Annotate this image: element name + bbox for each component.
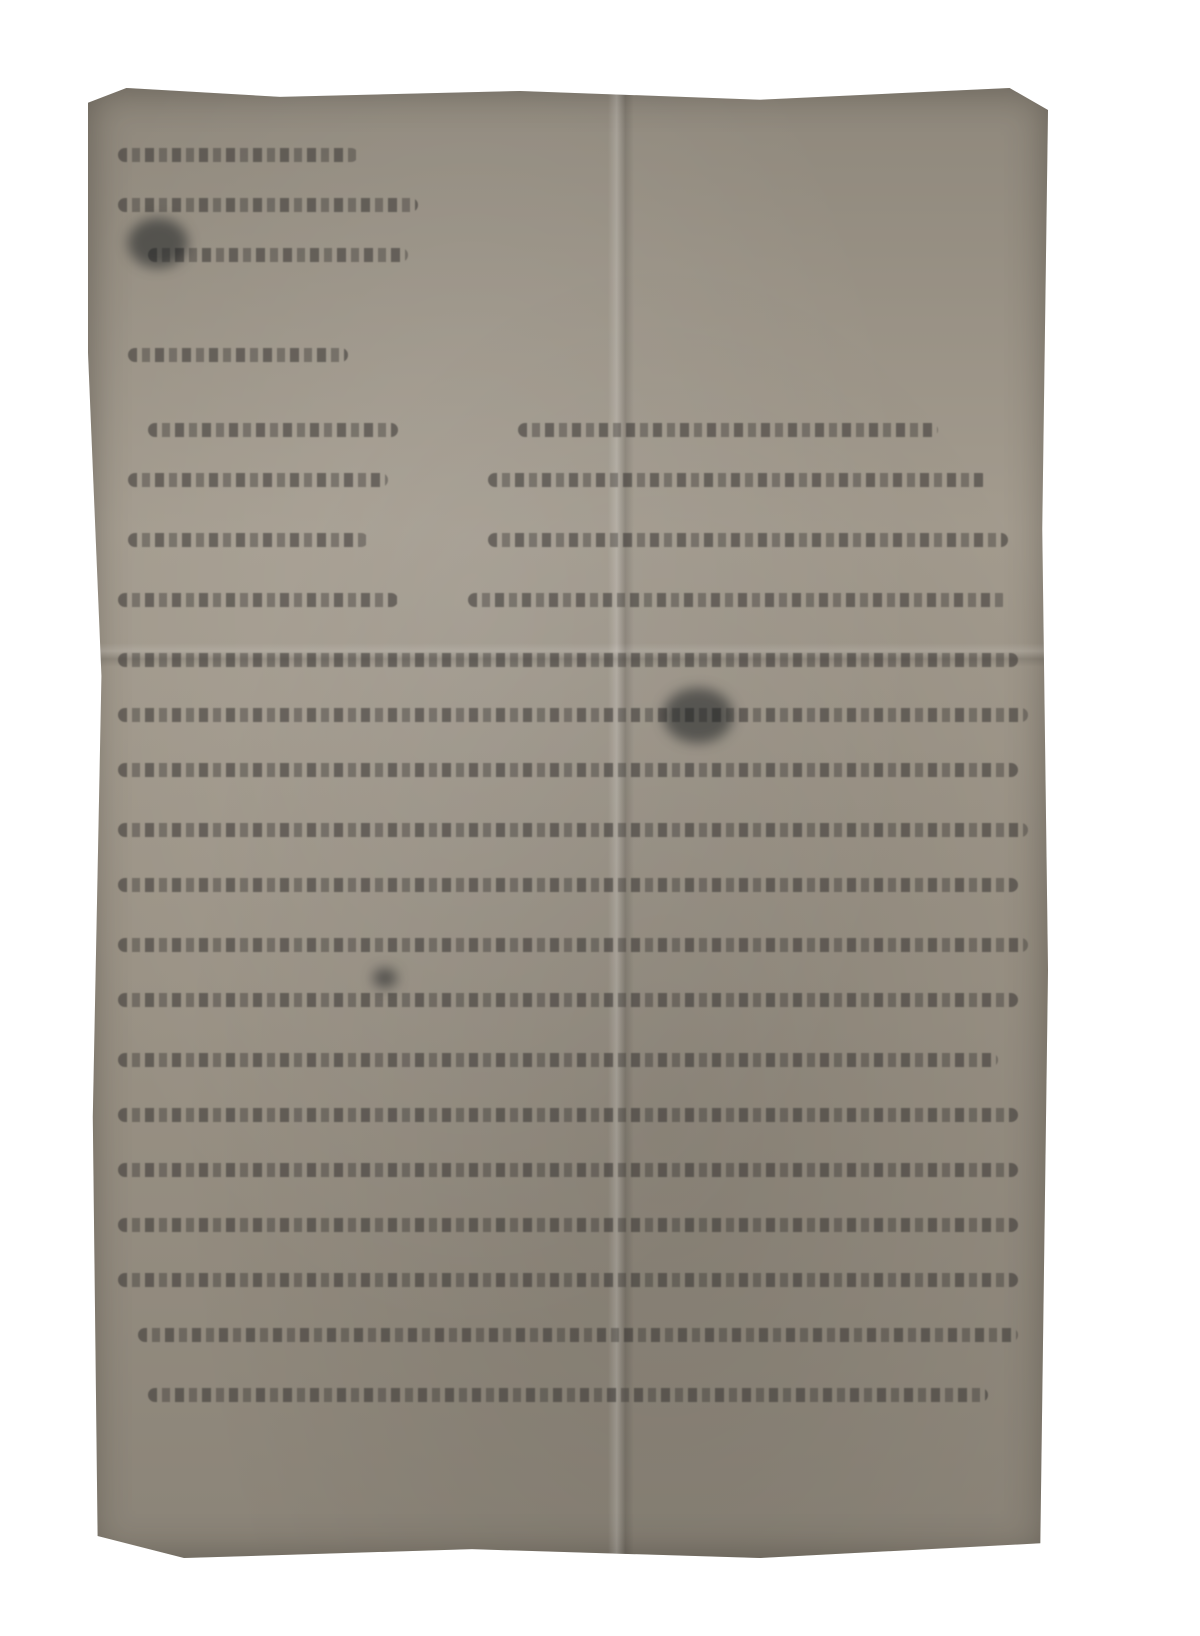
handwritten-line	[128, 533, 368, 547]
handwritten-line	[118, 708, 1028, 722]
ink-stain	[128, 218, 188, 268]
handwritten-line	[118, 593, 398, 607]
manuscript-sheet	[88, 88, 1048, 1558]
handwritten-line	[138, 1328, 1018, 1342]
handwritten-line	[148, 1388, 988, 1402]
handwritten-line	[118, 1273, 1018, 1287]
ink-stain	[663, 688, 733, 743]
handwritten-line	[128, 473, 388, 487]
handwritten-line	[148, 248, 408, 262]
handwritten-line	[118, 1218, 1018, 1232]
handwritten-line	[118, 198, 418, 212]
handwritten-line	[128, 348, 348, 362]
handwritten-line	[118, 763, 1018, 777]
handwritten-line	[148, 423, 398, 437]
handwritten-line	[118, 1108, 1018, 1122]
handwritten-line	[118, 653, 1018, 667]
handwritten-line	[488, 533, 1008, 547]
handwritten-line	[488, 473, 988, 487]
ink-stain	[373, 968, 397, 988]
handwritten-line	[118, 938, 1028, 952]
handwritten-line	[118, 148, 358, 162]
handwritten-line	[468, 593, 1008, 607]
handwritten-line	[118, 823, 1028, 837]
handwritten-line	[118, 878, 1018, 892]
handwritten-line	[518, 423, 938, 437]
handwritten-line	[118, 993, 1018, 1007]
handwritten-line	[118, 1053, 998, 1067]
handwritten-line	[118, 1163, 1018, 1177]
